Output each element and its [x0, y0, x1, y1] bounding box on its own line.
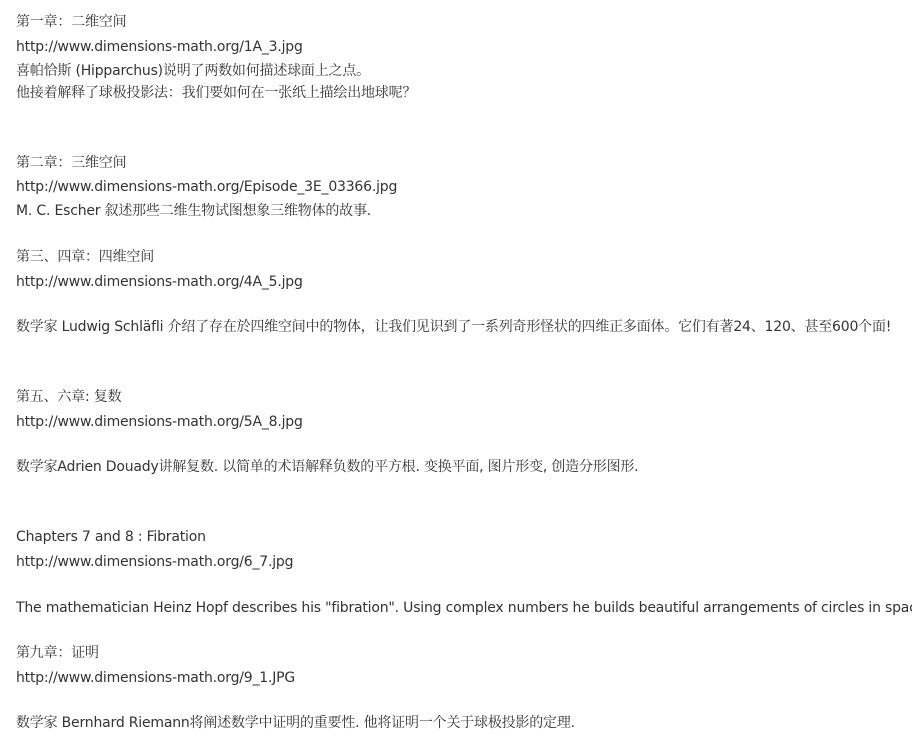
chapter-1-url[interactable]: http://www.dimensions-math.org/1A_3.jpg — [16, 37, 303, 57]
chapter-2-description: M. C. Escher 叙述那些二维生物试图想象三维物体的故事. — [16, 201, 371, 221]
chapter-7-8-url[interactable]: http://www.dimensions-math.org/6_7.jpg — [16, 552, 293, 572]
chapter-3-4-description: 数学家 Ludwig Schläfli 介绍了存在於四维空间中的物体，让我们见识… — [16, 316, 912, 340]
chapter-9-description: 数学家 Bernhard Riemann将阐述数学中证明的重要性. 他将证明一个… — [16, 713, 575, 733]
chapter-9-heading: 第九章：证明 — [16, 643, 99, 663]
chapter-7-8-description: The mathematician Heinz Hopf describes h… — [16, 598, 912, 618]
chapter-2-url[interactable]: http://www.dimensions-math.org/Episode_3… — [16, 177, 397, 197]
chapter-2-heading: 第二章：三维空间 — [16, 153, 126, 173]
chapter-7-8-heading: Chapters 7 and 8 : Fibration — [16, 527, 206, 547]
chapter-9-url[interactable]: http://www.dimensions-math.org/9_1.JPG — [16, 668, 295, 688]
chapter-1-heading: 第一章：二维空间 — [16, 12, 126, 32]
chapter-5-6-heading: 第五、六章: 复数 — [16, 387, 121, 407]
chapter-1-description-line-1: 喜帕恰斯 (Hipparchus)说明了两数如何描述球面上之点。 — [16, 61, 370, 81]
chapter-5-6-description: 数学家Adrien Douady讲解复数. 以简单的术语解释负数的平方根. 变换… — [16, 457, 638, 477]
chapter-1-description-line-2: 他接着解释了球极投影法：我们要如何在一张纸上描绘出地球呢？ — [16, 83, 416, 103]
chapter-3-4-url[interactable]: http://www.dimensions-math.org/4A_5.jpg — [16, 272, 303, 292]
chapter-3-4-heading: 第三、四章：四维空间 — [16, 247, 154, 267]
chapter-5-6-url[interactable]: http://www.dimensions-math.org/5A_8.jpg — [16, 412, 303, 432]
